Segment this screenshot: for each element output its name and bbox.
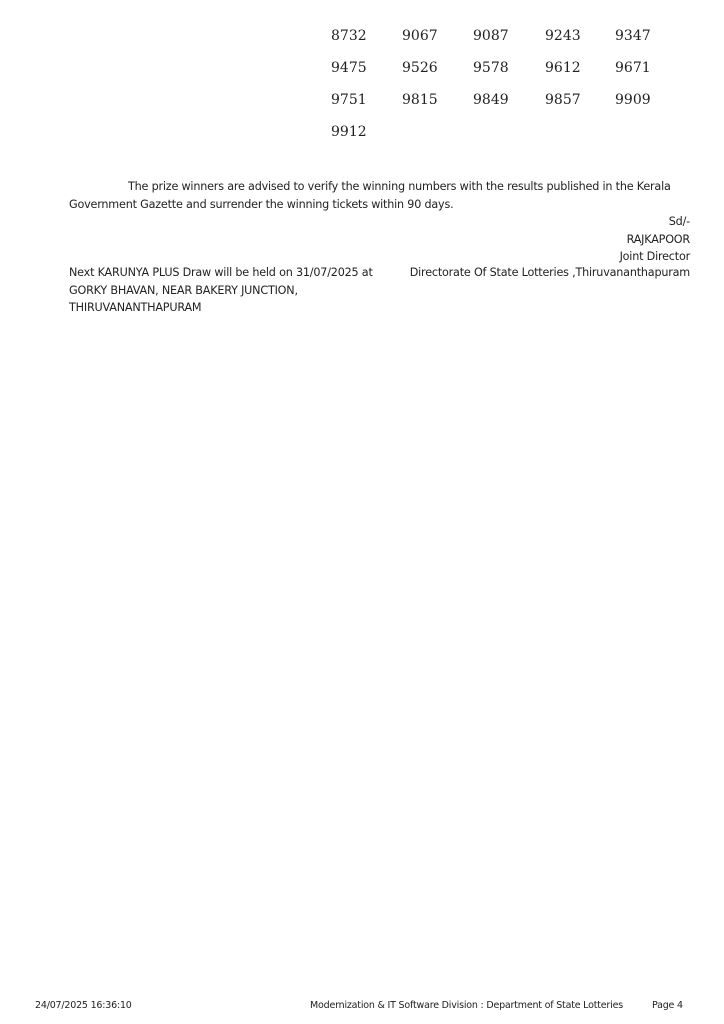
signatory-designation: Joint Director (620, 250, 690, 263)
winning-number: 8732 (331, 28, 367, 44)
notice-line-2: Government Gazette and surrender the win… (69, 198, 453, 211)
winning-number: 9751 (331, 92, 367, 108)
notice-line-1: The prize winners are advised to verify … (128, 180, 671, 193)
winning-number: 9578 (473, 60, 509, 76)
footer-page-number: Page 4 (652, 1000, 683, 1011)
winning-number: 9347 (615, 28, 651, 44)
signatory-name: RAJKAPOOR (627, 233, 690, 246)
winning-number: 9857 (545, 92, 581, 108)
winning-number: 9243 (545, 28, 581, 44)
winning-number: 9909 (615, 92, 651, 108)
winning-number: 9475 (331, 60, 367, 76)
winning-number: 9612 (545, 60, 581, 76)
winning-number: 9815 (402, 92, 438, 108)
winning-number: 9912 (331, 124, 367, 140)
winning-number: 9067 (402, 28, 438, 44)
next-draw-line-3: THIRUVANANTHAPURAM (69, 301, 201, 314)
winning-number: 9849 (473, 92, 509, 108)
winning-number: 9087 (473, 28, 509, 44)
next-draw-line-1: Next KARUNYA PLUS Draw will be held on 3… (69, 266, 373, 279)
winning-number: 9671 (615, 60, 651, 76)
footer-division: Modernization & IT Software Division : D… (310, 1000, 623, 1011)
signatory-office: Directorate Of State Lotteries ,Thiruvan… (410, 266, 690, 279)
document-page: 8732 9067 9087 9243 9347 9475 9526 9578 … (0, 0, 724, 1024)
winning-number: 9526 (402, 60, 438, 76)
footer-timestamp: 24/07/2025 16:36:10 (35, 1000, 132, 1011)
signature-sd: Sd/- (669, 215, 690, 228)
next-draw-line-2: GORKY BHAVAN, NEAR BAKERY JUNCTION, (69, 284, 298, 297)
